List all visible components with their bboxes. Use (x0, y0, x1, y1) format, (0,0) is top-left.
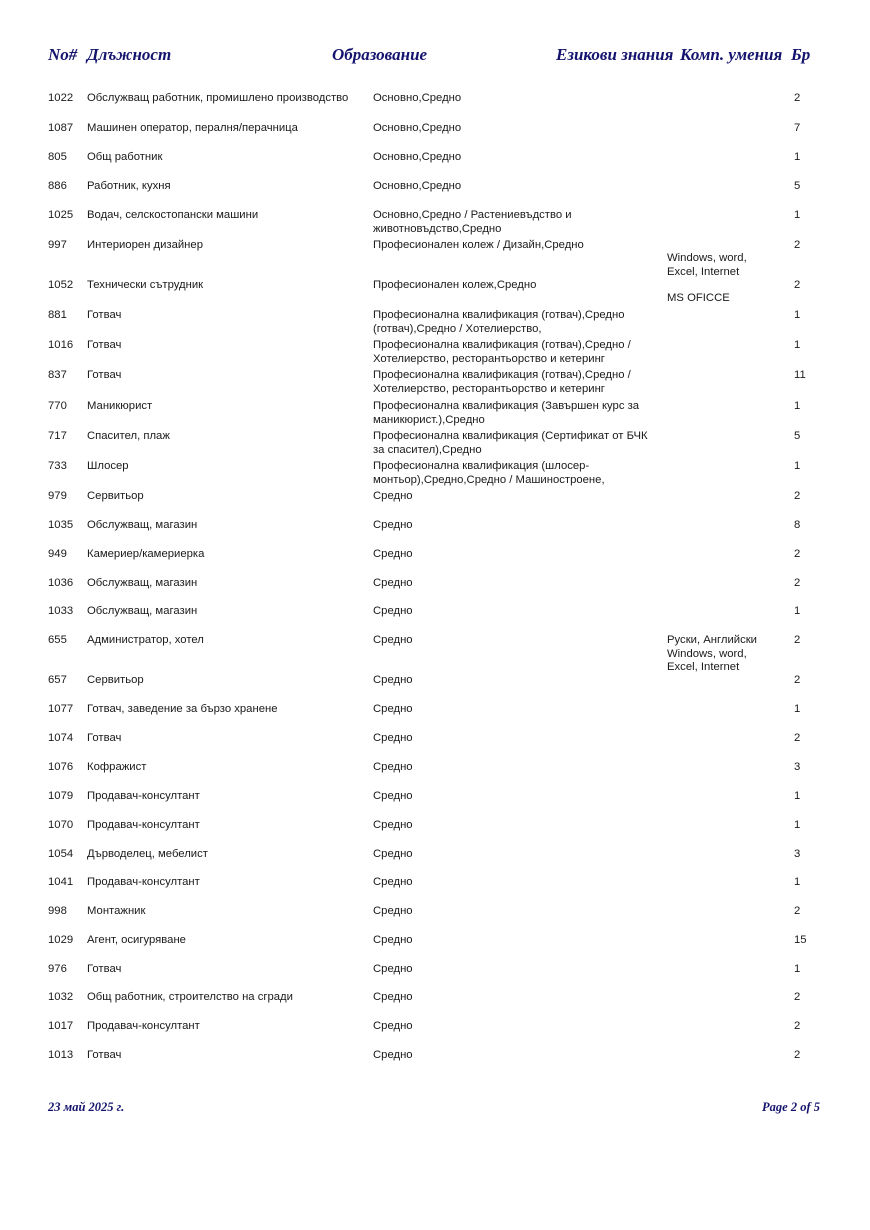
row-number: 997 (48, 239, 67, 253)
row-number: 1079 (48, 790, 73, 804)
row-number: 1017 (48, 1020, 73, 1034)
row-position: Продавач-консултант (87, 876, 357, 890)
row-count: 1 (794, 963, 800, 977)
row-education: Средно (373, 519, 658, 533)
row-position: Монтажник (87, 905, 357, 919)
row-education: Средно (373, 876, 658, 890)
row-count: 5 (794, 180, 800, 194)
row-number: 1036 (48, 577, 73, 591)
row-education: Средно (373, 548, 658, 562)
footer-date: 23 май 2025 г. (48, 1100, 124, 1115)
row-position: Водач, селскостопански машини (87, 209, 357, 223)
row-education: Средно (373, 490, 658, 504)
row-computer-skills: MS OFICCE (667, 292, 777, 306)
row-position: Продавач-консултант (87, 1020, 357, 1034)
header-position: Длъжност (87, 45, 171, 65)
footer-page-number: Page 2 of 5 (762, 1100, 820, 1115)
header-computer: Комп. умения (680, 45, 782, 65)
row-count: 3 (794, 848, 800, 862)
row-number: 979 (48, 490, 67, 504)
row-education: Средно (373, 848, 658, 862)
row-number: 1074 (48, 732, 73, 746)
row-count: 2 (794, 92, 800, 106)
row-count: 2 (794, 905, 800, 919)
row-number: 881 (48, 309, 67, 323)
row-count: 2 (794, 1020, 800, 1034)
row-number: 1016 (48, 339, 73, 353)
row-count: 11 (794, 369, 806, 383)
row-count: 2 (794, 634, 800, 648)
row-count: 2 (794, 1049, 800, 1063)
row-education: Средно (373, 963, 658, 977)
row-count: 1 (794, 819, 800, 833)
row-number: 657 (48, 674, 67, 688)
row-number: 1077 (48, 703, 73, 717)
row-position: Сервитьор (87, 490, 357, 504)
row-education: Професионална квалификация (готвач),Сред… (373, 369, 658, 396)
row-count: 7 (794, 122, 800, 136)
row-number: 1052 (48, 279, 73, 293)
row-education: Средно (373, 819, 658, 833)
row-number: 655 (48, 634, 67, 648)
row-position: Продавач-консултант (87, 790, 357, 804)
header-education: Образование (332, 45, 427, 65)
row-position: Готвач (87, 1049, 357, 1063)
row-position: Администратор, хотел (87, 634, 357, 648)
row-number: 1025 (48, 209, 73, 223)
row-education: Професионален колеж / Дизайн,Средно (373, 239, 658, 253)
row-position: Камериер/камериерка (87, 548, 357, 562)
row-number: 1029 (48, 934, 73, 948)
row-count: 2 (794, 991, 800, 1005)
row-number: 1054 (48, 848, 73, 862)
row-position: Обслужващ, магазин (87, 519, 357, 533)
row-number: 1033 (48, 605, 73, 619)
row-count: 2 (794, 577, 800, 591)
row-education: Средно (373, 703, 658, 717)
row-count: 1 (794, 151, 800, 165)
row-languages: Руски, Английски (667, 634, 777, 648)
row-count: 2 (794, 674, 800, 688)
row-count: 15 (794, 934, 807, 948)
row-count: 1 (794, 703, 800, 717)
row-education: Основно,Средно (373, 151, 658, 165)
row-education: Професионална квалификация (Завършен кур… (373, 400, 658, 427)
header-count: Бр (791, 45, 810, 65)
row-number: 837 (48, 369, 67, 383)
row-position: Агент, осигуряване (87, 934, 357, 948)
row-count: 8 (794, 519, 800, 533)
row-education: Основно,Средно / Растениевъдство и живот… (373, 209, 658, 236)
header-no: No# (48, 45, 77, 65)
row-position: Обслужващ, магазин (87, 577, 357, 591)
row-computer-skills: Windows, word, Excel, Internet (667, 252, 777, 279)
row-position: Продавач-консултант (87, 819, 357, 833)
row-education: Средно (373, 934, 658, 948)
header-languages: Езикови знания (556, 45, 673, 65)
row-position: Интериорен дизайнер (87, 239, 357, 253)
row-education: Средно (373, 905, 658, 919)
row-education: Средно (373, 674, 658, 688)
row-number: 1022 (48, 92, 73, 106)
row-position: Спасител, плаж (87, 430, 357, 444)
row-number: 1013 (48, 1049, 73, 1063)
row-position: Готвач, заведение за бързо хранене (87, 703, 357, 717)
row-education: Средно (373, 1049, 658, 1063)
row-number: 770 (48, 400, 67, 414)
row-number: 998 (48, 905, 67, 919)
row-number: 1032 (48, 991, 73, 1005)
row-education: Основно,Средно (373, 180, 658, 194)
row-number: 886 (48, 180, 67, 194)
row-position: Машинен оператор, пералня/перачница (87, 122, 357, 136)
row-position: Дърводелец, мебелист (87, 848, 357, 862)
row-education: Основно,Средно (373, 122, 658, 136)
row-position: Маникюрист (87, 400, 357, 414)
row-position: Общ работник, строителство на сгради (87, 991, 357, 1005)
row-education: Професионална квалификация (готвач),Сред… (373, 339, 658, 366)
row-education: Средно (373, 790, 658, 804)
row-position: Кофражист (87, 761, 357, 775)
row-position: Готвач (87, 963, 357, 977)
row-education: Професионална квалификация (Сертификат о… (373, 430, 658, 457)
row-number: 1087 (48, 122, 73, 136)
row-education: Професионална квалификация (готвач),Сред… (373, 309, 658, 336)
row-count: 1 (794, 209, 800, 223)
row-position: Технически сътрудник (87, 279, 357, 293)
row-number: 733 (48, 460, 67, 474)
row-number: 1035 (48, 519, 73, 533)
row-count: 2 (794, 279, 800, 293)
row-number: 717 (48, 430, 67, 444)
row-education: Средно (373, 991, 658, 1005)
row-position: Работник, кухня (87, 180, 357, 194)
row-count: 3 (794, 761, 800, 775)
row-count: 2 (794, 732, 800, 746)
row-position: Обслужващ, магазин (87, 605, 357, 619)
row-education: Средно (373, 605, 658, 619)
row-count: 1 (794, 460, 800, 474)
row-position: Шлосер (87, 460, 357, 474)
row-education: Средно (373, 761, 658, 775)
row-count: 5 (794, 430, 800, 444)
row-education: Средно (373, 1020, 658, 1034)
row-education: Средно (373, 732, 658, 746)
row-count: 2 (794, 490, 800, 504)
row-count: 2 (794, 548, 800, 562)
row-count: 1 (794, 790, 800, 804)
row-position: Готвач (87, 732, 357, 746)
row-count: 1 (794, 605, 800, 619)
row-count: 1 (794, 400, 800, 414)
row-count: 1 (794, 309, 800, 323)
row-education: Основно,Средно (373, 92, 658, 106)
row-position: Сервитьор (87, 674, 357, 688)
row-number: 1041 (48, 876, 73, 890)
row-computer-skills: Windows, word, Excel, Internet (667, 648, 777, 675)
row-number: 805 (48, 151, 67, 165)
row-count: 1 (794, 339, 800, 353)
row-position: Обслужващ работник, промишлено производс… (87, 92, 357, 106)
row-position: Готвач (87, 369, 357, 383)
row-position: Готвач (87, 339, 357, 353)
row-education: Професионален колеж,Средно (373, 279, 658, 293)
row-position: Общ работник (87, 151, 357, 165)
row-number: 949 (48, 548, 67, 562)
row-education: Средно (373, 634, 658, 648)
row-count: 1 (794, 876, 800, 890)
row-number: 1070 (48, 819, 73, 833)
row-education: Средно (373, 577, 658, 591)
row-education: Професионална квалификация (шлосер-монть… (373, 460, 658, 487)
row-number: 976 (48, 963, 67, 977)
row-number: 1076 (48, 761, 73, 775)
row-position: Готвач (87, 309, 357, 323)
row-count: 2 (794, 239, 800, 253)
